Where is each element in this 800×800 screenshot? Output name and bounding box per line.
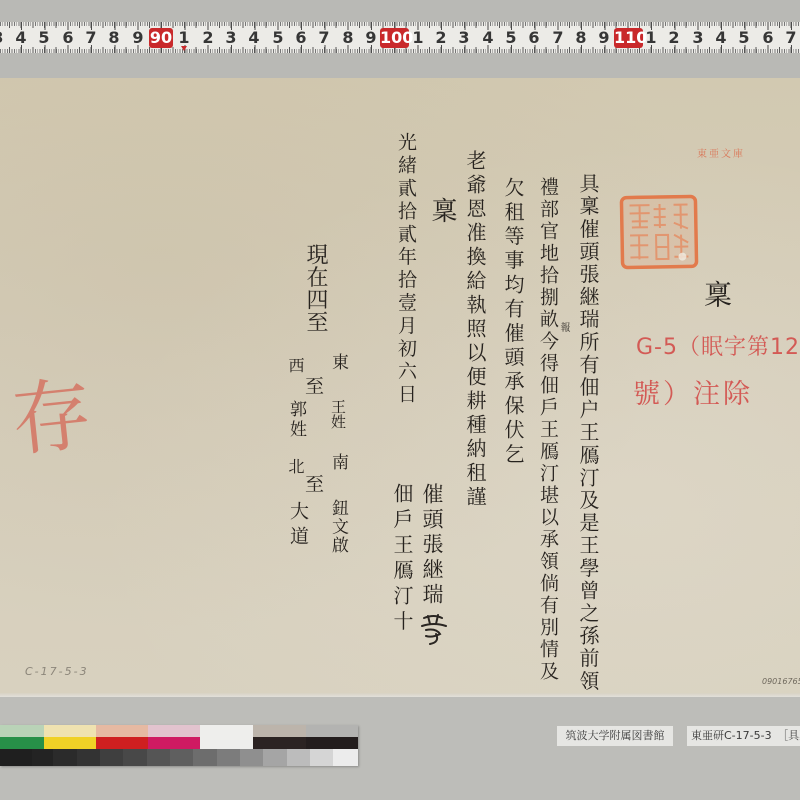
date-column: 光緒貳拾貳年拾壹月初六日 xyxy=(396,132,415,407)
serial-number: 09016765 xyxy=(762,677,800,686)
color-patch-black xyxy=(253,737,306,749)
library-label: 筑波大学附属図書館 xyxy=(557,726,673,746)
ruler-number: 8 xyxy=(569,28,593,48)
red-annotation-line1: G-5（眠字第124 xyxy=(636,330,800,361)
color-calibration-chart xyxy=(0,725,358,766)
ruler-number: 4 xyxy=(709,28,733,48)
gray-step xyxy=(310,749,333,766)
ruler-number: 8 xyxy=(102,28,126,48)
interlinear-note: 報 xyxy=(558,322,568,332)
signature-column-headman: 催頭張継瑞 xyxy=(421,483,442,608)
closing-character: 稟 xyxy=(429,197,455,223)
measuring-ruler: 3 4 5 6 7 8 9 90 1 2 3 4 5 6 7 8 9 100 1… xyxy=(0,22,800,53)
color-patch-yellow xyxy=(44,737,96,749)
gray-step xyxy=(100,749,123,766)
gray-step xyxy=(263,749,287,766)
ruler-marker-triangle-icon xyxy=(181,46,187,51)
ruler-number: 5 xyxy=(266,28,290,48)
boundary-east-value: 王姓 xyxy=(330,399,345,429)
ruler-number: 7 xyxy=(79,28,103,48)
color-patch-red xyxy=(96,737,148,749)
gray-step xyxy=(240,749,263,766)
pencil-reference: C-17-5-3 xyxy=(25,665,89,678)
ruler-number: 7 xyxy=(779,28,800,48)
gray-step xyxy=(287,749,310,766)
call-number-label: 東亜研C-17-5-3 ［具稟］ xyxy=(687,726,800,746)
boundary-west-value: 郭姓 xyxy=(287,400,304,440)
gray-step xyxy=(147,749,170,766)
ruler-number: 6 xyxy=(56,28,80,48)
boundary-south-label: 南 xyxy=(329,453,346,470)
ruler-number: 4 xyxy=(9,28,33,48)
square-seal-icon xyxy=(619,194,698,269)
boundary-west-label: 西 xyxy=(287,357,303,373)
ruler-number: 9 xyxy=(126,28,150,48)
color-patch xyxy=(44,725,96,737)
ruler-number: 9 xyxy=(592,28,616,48)
ruler-number: 3 xyxy=(686,28,710,48)
ruler-number: 2 xyxy=(429,28,453,48)
text-column-4: 老爺恩准換給執照以便耕種納租謹 xyxy=(465,150,485,510)
ruler-number: 6 xyxy=(289,28,313,48)
color-patch-black xyxy=(306,737,358,749)
signature-mark-icon xyxy=(418,612,450,646)
gray-step xyxy=(53,749,77,766)
ruler-number: 4 xyxy=(476,28,500,48)
library-stamp-text: 東亜文庫 xyxy=(697,145,745,160)
gray-step xyxy=(0,749,32,766)
color-patch xyxy=(253,725,306,737)
boundary-connector-2: 至 xyxy=(303,474,322,493)
boundary-south-value: 鈕文啟 xyxy=(329,499,346,555)
color-patch xyxy=(96,725,148,737)
text-column-2: 禮部官地拾捌畝今得佃戶王鴈汀堪以承領倘有別情及 xyxy=(538,177,557,683)
gray-step xyxy=(333,749,358,766)
ruler-number: 3 xyxy=(219,28,243,48)
ruler-number: 7 xyxy=(312,28,336,48)
text-column-3: 欠租等事均有催頭承保伏乞 xyxy=(503,177,523,467)
ruler-number: 7 xyxy=(546,28,570,48)
ruler-number: 3 xyxy=(452,28,476,48)
ruler-number-highlight: 100 xyxy=(380,28,409,48)
ruler-number: 5 xyxy=(499,28,523,48)
ruler-number-highlight: 90 xyxy=(149,28,173,48)
signature-column-tenant: 佃戶王鴈汀十 xyxy=(392,483,412,636)
ruler-number: 2 xyxy=(196,28,220,48)
boundaries-title: 現在四至 xyxy=(304,243,326,333)
boundary-north-value: 大道 xyxy=(288,501,307,551)
gray-step xyxy=(32,749,53,766)
gray-step xyxy=(170,749,193,766)
boundary-east-label: 東 xyxy=(329,353,346,370)
gray-step xyxy=(217,749,240,766)
color-patch-green xyxy=(0,737,44,749)
gray-step xyxy=(193,749,217,766)
gray-step xyxy=(123,749,147,766)
ruler-number: 1 xyxy=(406,28,430,48)
right-heading: 稟 xyxy=(702,280,730,308)
red-archive-mark: 存 xyxy=(8,374,96,462)
color-patch xyxy=(0,725,44,737)
boundary-north-label: 北 xyxy=(287,458,303,474)
ruler-number: 8 xyxy=(336,28,360,48)
gray-step xyxy=(77,749,100,766)
red-annotation-line2: 號）注除 xyxy=(633,372,753,411)
color-patch-white xyxy=(200,725,253,749)
color-patch xyxy=(148,725,200,737)
color-patch xyxy=(306,725,358,737)
ruler-number: 6 xyxy=(522,28,546,48)
ruler-number: 1 xyxy=(639,28,663,48)
boundary-connector-1: 至 xyxy=(303,376,322,395)
ruler-number: 5 xyxy=(732,28,756,48)
ruler-number: 1 xyxy=(172,28,196,48)
ruler-number: 2 xyxy=(662,28,686,48)
text-column-1: 具稟催頭張継瑞所有佃户王鴈汀及是王學曾之孫前領 xyxy=(578,173,598,693)
color-patch-magenta xyxy=(148,737,200,749)
ruler-number: 5 xyxy=(32,28,56,48)
ruler-number: 4 xyxy=(242,28,266,48)
ruler-number: 6 xyxy=(756,28,780,48)
